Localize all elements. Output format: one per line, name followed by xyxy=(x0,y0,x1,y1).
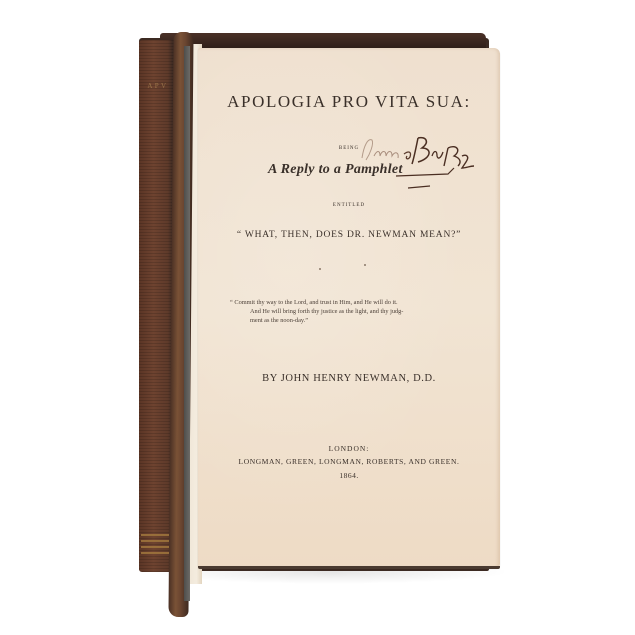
back-cover-top-edge xyxy=(160,33,486,49)
spine-title: A P V xyxy=(146,82,168,92)
epigraph: “ Commit thy way to the Lord, and trust … xyxy=(230,298,470,325)
ornament-dot xyxy=(319,268,321,270)
epigraph-line: And He will bring forth thy justice as t… xyxy=(230,307,470,316)
page-bottom-edge xyxy=(198,566,500,569)
author: BY JOHN HENRY NEWMAN, D.D. xyxy=(198,373,500,384)
spine-gilt-band xyxy=(141,534,169,536)
epigraph-line: “ Commit thy way to the Lord, and trust … xyxy=(230,298,470,307)
imprint-publisher: LONGMAN, GREEN, LONGMAN, ROBERTS, AND GR… xyxy=(198,457,500,466)
imprint-year: 1864. xyxy=(198,471,500,480)
spine-gilt-band xyxy=(141,546,169,548)
entitled-label: ENTITLED xyxy=(198,203,500,208)
spine-gilt-band xyxy=(141,540,169,542)
pamphlet-title: “ WHAT, THEN, DOES DR. NEWMAN MEAN?” xyxy=(198,230,500,240)
book-title: APOLOGIA PRO VITA SUA: xyxy=(198,92,500,112)
ornament-dot xyxy=(364,264,366,266)
spine-gilt-band xyxy=(141,552,169,554)
imprint-place: LONDON: xyxy=(198,444,500,453)
handwritten-signature xyxy=(352,130,482,190)
epigraph-line: ment as the noon-day.” xyxy=(230,316,470,325)
front-board-inner xyxy=(184,46,190,601)
